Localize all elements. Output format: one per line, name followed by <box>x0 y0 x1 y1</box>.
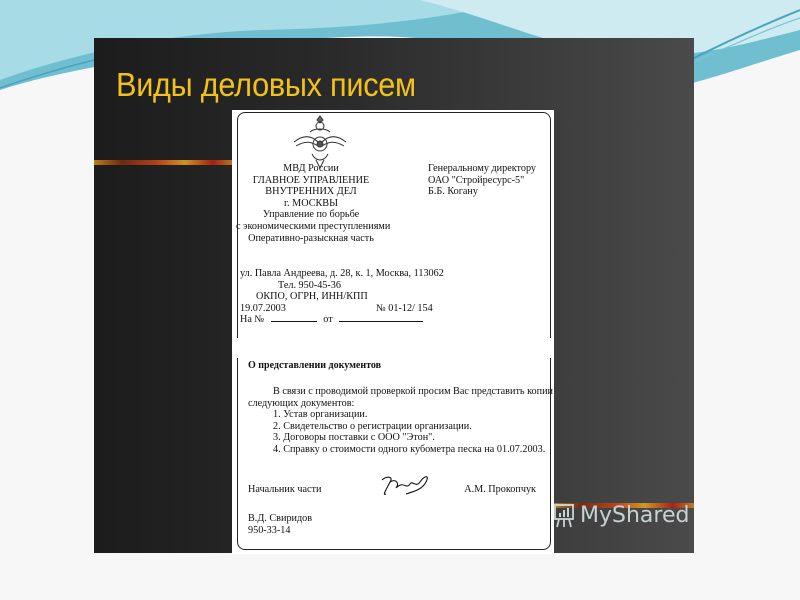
accent-divider-left <box>94 160 234 165</box>
reference-date-blank <box>339 321 423 322</box>
sender-line: МВД России <box>236 163 386 175</box>
contact-phone: 950-33-14 <box>248 525 312 537</box>
signatory-name: А.М. Прокопчук <box>464 484 536 495</box>
reference-label: На № <box>240 314 264 325</box>
sender-details: ул. Павла Андреева, д. 28, к. 1, Москва,… <box>240 268 444 326</box>
sender-codes: ОКПО, ОГРН, ИНН/КПП <box>240 291 444 303</box>
body-intro: В связи с проводимой проверкой просим Ва… <box>248 386 553 398</box>
list-item: 3. Договоры поставки с ООО "Этон". <box>248 432 553 444</box>
sender-line: ГЛАВНОЕ УПРАВЛЕНИЕ <box>236 175 386 187</box>
letter-body: В связи с проводимой проверкой просим Ва… <box>248 386 553 456</box>
reference-number-blank <box>271 321 317 322</box>
sender-line: Оперативно-разыскная часть <box>236 233 386 245</box>
handwritten-signature-icon <box>376 472 436 502</box>
scan-seam <box>232 338 554 358</box>
contact-person: В.Д. Свиридов 950-33-14 <box>248 513 312 536</box>
addressee-block: Генеральному директору ОАО "Стройресурс-… <box>428 163 536 198</box>
watermark-label: MyShared <box>580 503 689 528</box>
sender-header: МВД России ГЛАВНОЕ УПРАВЛЕНИЕ ВНУТРЕННИХ… <box>236 163 386 244</box>
letter-date: 19.07.2003 <box>240 303 286 314</box>
sender-phone: Тел. 950-45-36 <box>240 280 444 292</box>
watermark[interactable]: MyShared <box>553 502 689 528</box>
list-item: 1. Устав организации. <box>248 409 553 421</box>
sender-line: Управление по борьбе <box>236 209 386 221</box>
sender-line: г. МОСКВЫ <box>236 198 386 210</box>
list-item: 4. Справку о стоимости одного кубометра … <box>248 444 553 456</box>
signatory-role: Начальник части <box>248 484 321 495</box>
list-item: 2. Свидетельство о регистрации организац… <box>248 421 553 433</box>
body-intro-cont: следующих документов: <box>248 398 553 410</box>
slide-title: Виды деловых писем <box>116 66 416 104</box>
contact-name: В.Д. Свиридов <box>248 513 312 525</box>
mvd-emblem-icon <box>290 112 350 170</box>
addressee-line: Генеральному директору <box>428 163 536 175</box>
sender-line: с экономическими преступлениями <box>236 221 386 233</box>
addressee-line: Б.Б. Когану <box>428 186 536 198</box>
letter-subject: О представлении документов <box>248 360 381 372</box>
letter-number: № 01-12/ 154 <box>376 303 433 315</box>
addressee-line: ОАО "Стройресурс-5" <box>428 175 536 187</box>
sender-address: ул. Павла Андреева, д. 28, к. 1, Москва,… <box>240 268 444 280</box>
sender-line: ВНУТРЕННИХ ДЕЛ <box>236 186 386 198</box>
presentation-board-icon <box>553 502 575 528</box>
reference-from-label: от <box>323 314 332 325</box>
